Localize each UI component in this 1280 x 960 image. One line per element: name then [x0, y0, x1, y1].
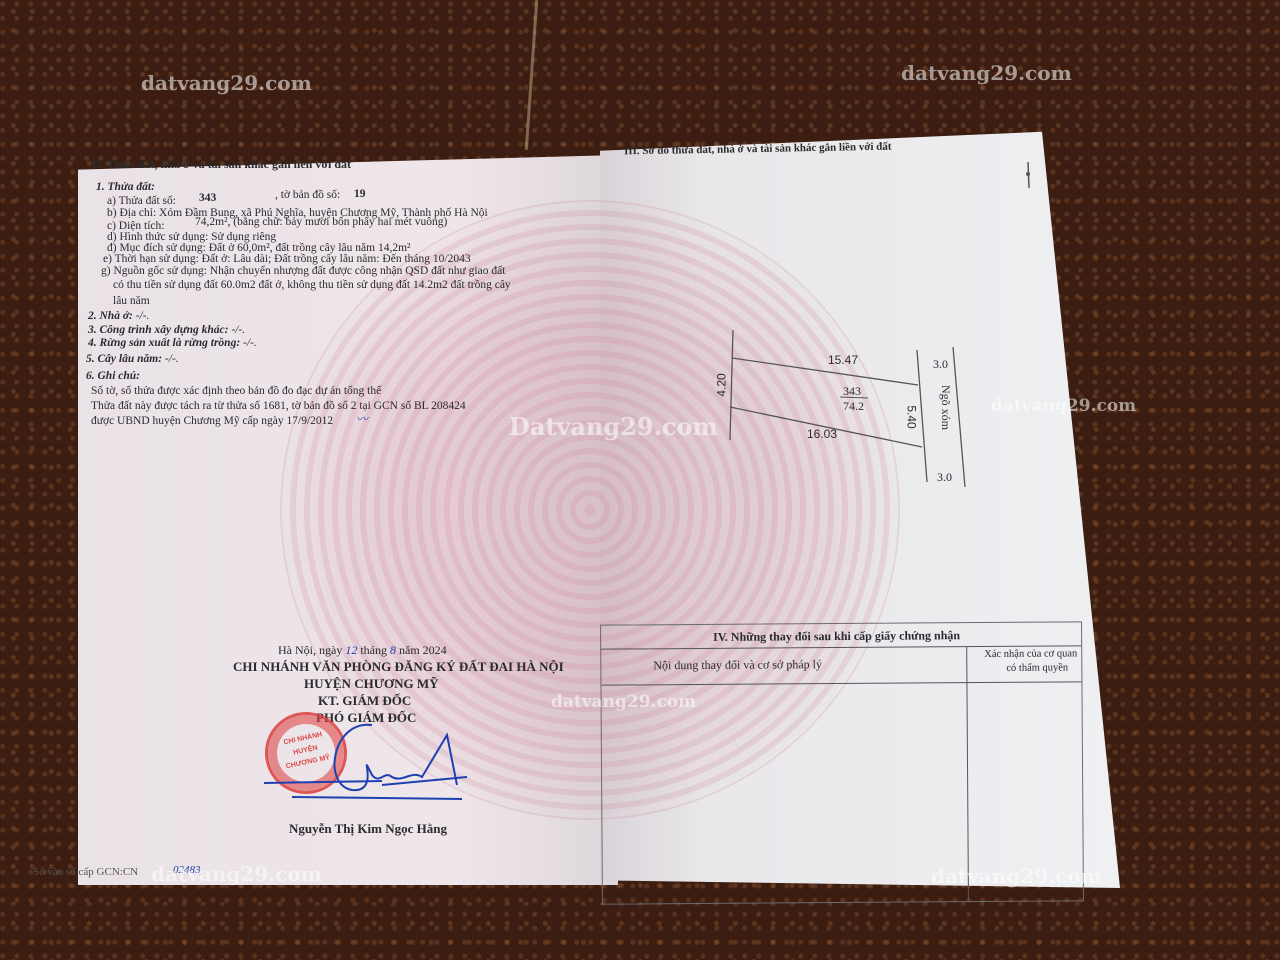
- note-line-3: được UBND huyện Chương Mỹ cấp ngày 17/9/…: [91, 416, 333, 428]
- usage-origin-line-1: g) Nguồn gốc sử dụng: Nhận chuyển nhượng…: [101, 266, 505, 278]
- item5-value: -/-.: [165, 353, 179, 365]
- alley-width-bottom: 3.0: [937, 470, 952, 485]
- land-use-certificate: II. Thửa đất, nhà ở và tài sản khác gắn …: [0, 0, 1280, 960]
- item2-house: 2. Nhà ở: -/-.: [88, 311, 149, 323]
- section-ii-title: II. Thửa đất, nhà ở và tài sản khác gắn …: [92, 158, 351, 170]
- signature-icon: [262, 715, 472, 805]
- watermark: datvang29.com: [901, 61, 1072, 85]
- item4-planted-forest: 4. Rừng sản xuất là rừng trồng: -/-.: [88, 338, 257, 350]
- parcel-area-label: 74.2: [843, 399, 864, 414]
- changes-table-title: IV. Những thay đổi sau khi cấp giấy chứn…: [713, 629, 960, 643]
- usage-origin-line-2: có thu tiền sử dụng đất 60.0m2 đất ở, kh…: [113, 280, 511, 292]
- date-day: 12: [345, 643, 357, 657]
- parcel-number-label: a) Thửa đất số:: [107, 196, 176, 208]
- note-line-2: Thửa đất này được tách ra từ thửa số 168…: [91, 401, 466, 413]
- item3-value: -/-.: [231, 324, 245, 336]
- watermark: datvang29.com: [141, 71, 312, 95]
- issue-date: Hà Nội, ngày 12 tháng 8 năm 2024: [278, 644, 447, 656]
- usage-term: e) Thời hạn sử dụng: Đất ở: Lâu dài; Đất…: [103, 254, 471, 266]
- changes-table-col-content: Nội dung thay đổi và cơ sở pháp lý: [653, 658, 822, 671]
- item4-value: -/-.: [243, 337, 257, 349]
- item5-perennial-trees: 5. Cây lâu năm: -/-.: [86, 354, 179, 366]
- item1-title: 1. Thửa đất:: [96, 182, 155, 194]
- item4-label: 4. Rừng sản xuất là rừng trồng:: [88, 337, 240, 349]
- note-line-1: Số tờ, số thửa được xác định theo bản đồ…: [91, 386, 381, 398]
- map-sheet-number: 19: [354, 189, 366, 201]
- register-label: Số vào sổ cấp GCN:CN: [33, 867, 138, 878]
- watermark: datvang29.com: [991, 396, 1136, 416]
- item2-value: -/-.: [136, 310, 150, 322]
- changes-table-col-confirm-line2: có thẩm quyền: [1006, 663, 1068, 674]
- signer-role-1: KT. GIÁM ĐỐC: [318, 694, 411, 707]
- item5-label: 5. Cây lâu năm:: [86, 353, 162, 365]
- watermark: datvang29.com: [151, 862, 322, 886]
- usage-origin-line-3: lâu năm: [113, 296, 150, 308]
- dimension-top-edge: 15.47: [828, 353, 858, 367]
- date-month-label: tháng: [360, 643, 387, 657]
- north-arrow-icon: [1024, 160, 1032, 190]
- watermark: datvang29.com: [931, 864, 1102, 888]
- dimension-left-edge: 4.20: [715, 373, 729, 396]
- date-month: 8: [390, 643, 396, 657]
- item2-label: 2. Nhà ở:: [88, 310, 133, 322]
- alley-width-top: 3.0: [933, 357, 948, 372]
- map-sheet-label: , tờ bản đồ số:: [275, 190, 340, 202]
- initials-signature-icon: 〰: [356, 413, 368, 425]
- dimension-right-edge: 5.40: [905, 405, 919, 428]
- parcel-number: 343: [199, 193, 216, 205]
- watermark-center: Datvang29.com: [509, 412, 718, 441]
- changes-table-col-confirm-line1: Xác nhận của cơ quan: [984, 649, 1077, 660]
- watermark: datvang29.com: [551, 692, 696, 712]
- alley-label: Ngõ xóm: [938, 385, 953, 430]
- parcel-number-label: 343: [843, 384, 861, 399]
- changes-table: IV. Những thay đổi sau khi cấp giấy chứn…: [600, 621, 1084, 904]
- office-district: HUYỆN CHƯƠNG MỸ: [304, 677, 439, 690]
- date-year: năm 2024: [399, 643, 447, 657]
- item6-notes-title: 6. Ghi chú:: [86, 371, 140, 383]
- area-value: 74,2m², (bằng chữ: bảy mươi bốn phẩy hai…: [195, 217, 447, 229]
- item3-other-construction: 3. Công trình xây dựng khác: -/-.: [88, 325, 245, 337]
- item3-label: 3. Công trình xây dựng khác:: [88, 324, 228, 336]
- date-prefix: Hà Nội, ngày: [278, 643, 342, 657]
- dimension-bottom-edge: 16.03: [807, 427, 837, 441]
- office-name: CHI NHÁNH VĂN PHÒNG ĐĂNG KÝ ĐẤT ĐAI HÀ N…: [233, 660, 564, 673]
- signer-name: Nguyễn Thị Kim Ngọc Hằng: [289, 822, 447, 835]
